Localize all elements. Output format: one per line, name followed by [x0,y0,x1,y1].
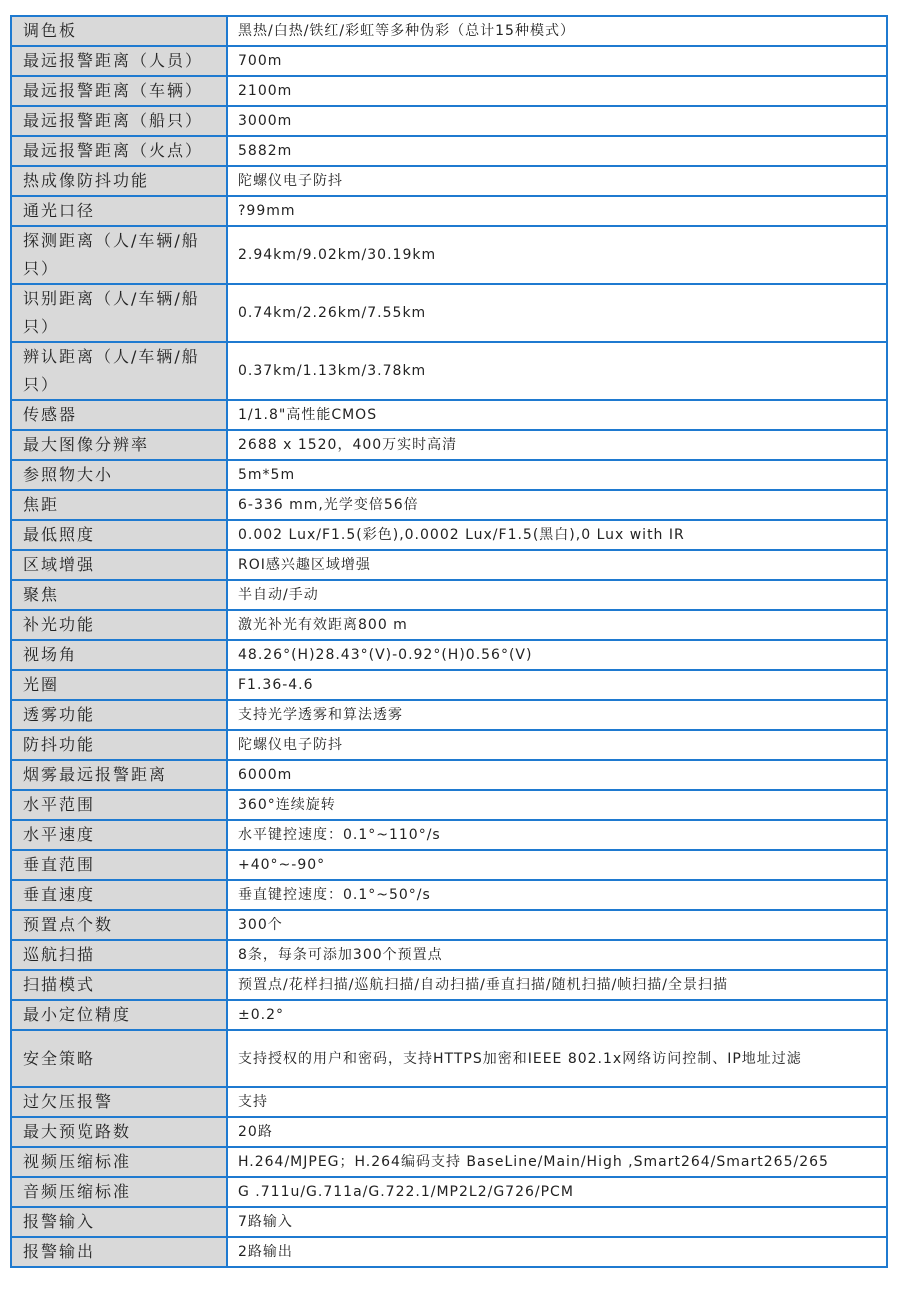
spec-row: 最远报警距离（火点） 5882m [11,136,887,166]
spec-label: 探测距离（人/车辆/船只） [11,226,227,284]
spec-label: 辨认距离（人/车辆/船只） [11,342,227,400]
spec-label: 预置点个数 [11,910,227,940]
spec-value: 0.37km/1.13km/3.78km [227,342,887,400]
spec-row: 区域增强 ROI感兴趣区域增强 [11,550,887,580]
spec-value: 2路输出 [227,1237,887,1267]
spec-value: 支持 [227,1087,887,1117]
spec-label: 扫描模式 [11,970,227,1000]
spec-label: 热成像防抖功能 [11,166,227,196]
spec-value: G .711u/G.711a/G.722.1/MP2L2/G726/PCM [227,1177,887,1207]
spec-label: 参照物大小 [11,460,227,490]
spec-row: 最远报警距离（人员） 700m [11,46,887,76]
spec-label: 最远报警距离（船只） [11,106,227,136]
spec-value: 2.94km/9.02km/30.19km [227,226,887,284]
spec-row: 最远报警距离（车辆） 2100m [11,76,887,106]
spec-value: 5m*5m [227,460,887,490]
spec-label: 水平范围 [11,790,227,820]
spec-value: 0.002 Lux/F1.5(彩色),0.0002 Lux/F1.5(黑白),0… [227,520,887,550]
spec-row: 音频压缩标准 G .711u/G.711a/G.722.1/MP2L2/G726… [11,1177,887,1207]
spec-label: 透雾功能 [11,700,227,730]
spec-value: 6-336 mm,光学变倍56倍 [227,490,887,520]
spec-row: 预置点个数 300个 [11,910,887,940]
spec-label: 通光口径 [11,196,227,226]
spec-row: 水平范围 360°连续旋转 [11,790,887,820]
spec-value: +40°~-90° [227,850,887,880]
spec-label: 垂直速度 [11,880,227,910]
spec-row: 最低照度 0.002 Lux/F1.5(彩色),0.0002 Lux/F1.5(… [11,520,887,550]
spec-row: 辨认距离（人/车辆/船只） 0.37km/1.13km/3.78km [11,342,887,400]
spec-row: 安全策略 支持授权的用户和密码，支持HTTPS加密和IEEE 802.1x网络访… [11,1030,887,1087]
spec-label: 视场角 [11,640,227,670]
spec-row: 光圈 F1.36-4.6 [11,670,887,700]
spec-label: 最远报警距离（车辆） [11,76,227,106]
spec-label: 补光功能 [11,610,227,640]
spec-value: 2100m [227,76,887,106]
spec-value: 激光补光有效距离800 m [227,610,887,640]
spec-label: 识别距离（人/车辆/船只） [11,284,227,342]
spec-label: 传感器 [11,400,227,430]
spec-row: 探测距离（人/车辆/船只） 2.94km/9.02km/30.19km [11,226,887,284]
spec-row: 最大预览路数 20路 [11,1117,887,1147]
spec-row: 最小定位精度 ±0.2° [11,1000,887,1030]
spec-value: 支持光学透雾和算法透雾 [227,700,887,730]
spec-row: 识别距离（人/车辆/船只） 0.74km/2.26km/7.55km [11,284,887,342]
spec-row: 扫描模式 预置点/花样扫描/巡航扫描/自动扫描/垂直扫描/随机扫描/帧扫描/全景… [11,970,887,1000]
spec-value: ?99mm [227,196,887,226]
spec-row: 调色板 黑热/白热/铁红/彩虹等多种伪彩（总计15种模式） [11,16,887,46]
spec-row: 水平速度 水平键控速度：0.1°~110°/s [11,820,887,850]
spec-value: 700m [227,46,887,76]
spec-label: 区域增强 [11,550,227,580]
spec-label: 过欠压报警 [11,1087,227,1117]
spec-value: ±0.2° [227,1000,887,1030]
spec-label: 调色板 [11,16,227,46]
spec-label: 垂直范围 [11,850,227,880]
spec-value: 300个 [227,910,887,940]
spec-table-body: 调色板 黑热/白热/铁红/彩虹等多种伪彩（总计15种模式） 最远报警距离（人员）… [11,16,887,1267]
spec-row: 视场角 48.26°(H)28.43°(V)-0.92°(H)0.56°(V) [11,640,887,670]
spec-row: 视频压缩标准 H.264/MJPEG；H.264编码支持 BaseLine/Ma… [11,1147,887,1177]
spec-value: 陀螺仪电子防抖 [227,730,887,760]
spec-value: 3000m [227,106,887,136]
spec-label: 最小定位精度 [11,1000,227,1030]
spec-value: 5882m [227,136,887,166]
spec-label: 报警输出 [11,1237,227,1267]
spec-row: 报警输出 2路输出 [11,1237,887,1267]
spec-value: 支持授权的用户和密码，支持HTTPS加密和IEEE 802.1x网络访问控制、I… [227,1030,887,1087]
spec-label: 防抖功能 [11,730,227,760]
spec-label: 巡航扫描 [11,940,227,970]
spec-value: ROI感兴趣区域增强 [227,550,887,580]
spec-label: 音频压缩标准 [11,1177,227,1207]
spec-row: 传感器 1/1.8"高性能CMOS [11,400,887,430]
spec-value: 陀螺仪电子防抖 [227,166,887,196]
spec-row: 通光口径 ?99mm [11,196,887,226]
spec-row: 聚焦 半自动/手动 [11,580,887,610]
spec-row: 过欠压报警 支持 [11,1087,887,1117]
spec-row: 热成像防抖功能 陀螺仪电子防抖 [11,166,887,196]
spec-value: 360°连续旋转 [227,790,887,820]
spec-value: 6000m [227,760,887,790]
spec-label: 焦距 [11,490,227,520]
spec-row: 最大图像分辨率 2688 x 1520，400万实时高清 [11,430,887,460]
spec-row: 垂直速度 垂直键控速度：0.1°~50°/s [11,880,887,910]
spec-label: 水平速度 [11,820,227,850]
spec-row: 参照物大小 5m*5m [11,460,887,490]
spec-value: 预置点/花样扫描/巡航扫描/自动扫描/垂直扫描/随机扫描/帧扫描/全景扫描 [227,970,887,1000]
spec-label: 视频压缩标准 [11,1147,227,1177]
spec-label: 最低照度 [11,520,227,550]
spec-value: F1.36-4.6 [227,670,887,700]
spec-row: 防抖功能 陀螺仪电子防抖 [11,730,887,760]
spec-value: 水平键控速度：0.1°~110°/s [227,820,887,850]
spec-value: 48.26°(H)28.43°(V)-0.92°(H)0.56°(V) [227,640,887,670]
spec-table: 调色板 黑热/白热/铁红/彩虹等多种伪彩（总计15种模式） 最远报警距离（人员）… [10,15,888,1268]
spec-value: 7路输入 [227,1207,887,1237]
spec-row: 巡航扫描 8条，每条可添加300个预置点 [11,940,887,970]
spec-label: 聚焦 [11,580,227,610]
spec-value: 8条，每条可添加300个预置点 [227,940,887,970]
spec-value: 半自动/手动 [227,580,887,610]
spec-row: 报警输入 7路输入 [11,1207,887,1237]
spec-row: 最远报警距离（船只） 3000m [11,106,887,136]
spec-value: H.264/MJPEG；H.264编码支持 BaseLine/Main/High… [227,1147,887,1177]
spec-value: 0.74km/2.26km/7.55km [227,284,887,342]
spec-label: 最远报警距离（人员） [11,46,227,76]
spec-value: 1/1.8"高性能CMOS [227,400,887,430]
spec-value: 黑热/白热/铁红/彩虹等多种伪彩（总计15种模式） [227,16,887,46]
spec-label: 报警输入 [11,1207,227,1237]
spec-label: 最大预览路数 [11,1117,227,1147]
spec-label: 光圈 [11,670,227,700]
spec-row: 焦距 6-336 mm,光学变倍56倍 [11,490,887,520]
spec-value: 2688 x 1520，400万实时高清 [227,430,887,460]
spec-label: 安全策略 [11,1030,227,1087]
spec-label: 最大图像分辨率 [11,430,227,460]
spec-label: 最远报警距离（火点） [11,136,227,166]
spec-row: 烟雾最远报警距离 6000m [11,760,887,790]
spec-value: 20路 [227,1117,887,1147]
spec-row: 补光功能 激光补光有效距离800 m [11,610,887,640]
spec-row: 透雾功能 支持光学透雾和算法透雾 [11,700,887,730]
spec-label: 烟雾最远报警距离 [11,760,227,790]
spec-value: 垂直键控速度：0.1°~50°/s [227,880,887,910]
spec-row: 垂直范围 +40°~-90° [11,850,887,880]
